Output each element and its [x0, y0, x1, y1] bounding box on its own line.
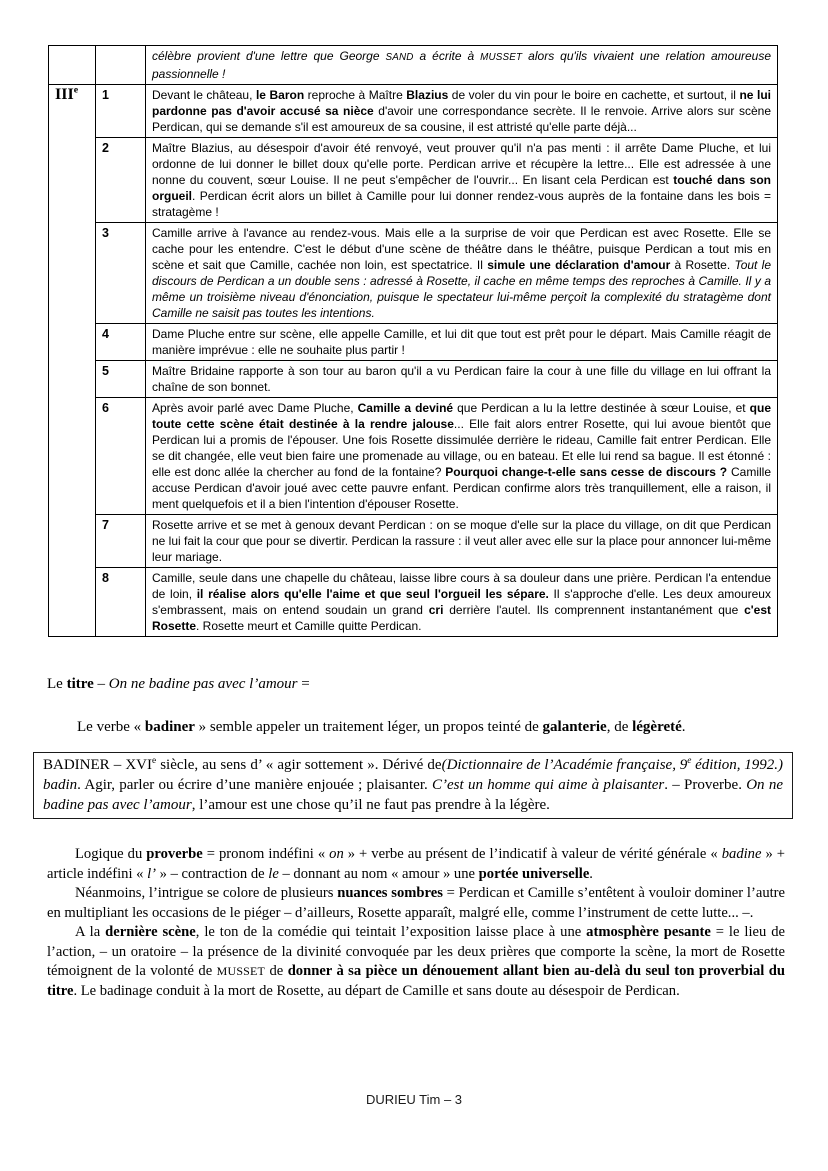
act-label-cell: IIIe [49, 85, 96, 637]
scene-summary-cell: Maître Blazius, au désespoir d'avoir été… [146, 138, 778, 223]
table-row-scene-6: 6Après avoir parlé avec Dame Pluche, Cam… [49, 398, 778, 515]
table-row-scene-2: 2Maître Blazius, au désespoir d'avoir ét… [49, 138, 778, 223]
act-scene-summary-table: célèbre provient d'une lettre que George… [48, 45, 778, 637]
analysis-paragraph-proverbe: Logique du proverbe = pronom indéfini « … [47, 845, 785, 884]
document-page: célèbre provient d'une lettre que George… [0, 0, 828, 1171]
scene-number-cell: 2 [96, 138, 146, 223]
scene-summary-cell: Après avoir parlé avec Dame Pluche, Cami… [146, 398, 778, 515]
scene-summary-cell: célèbre provient d'une lettre que George… [146, 46, 778, 85]
analysis-paragraph-derniere-scene: A la dernière scène, le ton de la comédi… [47, 923, 785, 1001]
scene-number-cell: 5 [96, 361, 146, 398]
title-analysis-line: Le titre – On ne badine pas avec l’amour… [47, 675, 785, 694]
dictionary-citation: (Dictionnaire de l’Académie française, 9… [442, 755, 783, 775]
act-scene-summary-table-body: célèbre provient d'une lettre que George… [49, 46, 778, 637]
table-row-scene-3: 3Camille arrive à l'avance au rendez-vou… [49, 223, 778, 324]
scene-summary-cell: Devant le château, le Baron reproche à M… [146, 85, 778, 138]
scene-number-cell: 3 [96, 223, 146, 324]
scene-summary-cell: Rosette arrive et se met à genoux devant… [146, 515, 778, 568]
scene-number-cell-empty [96, 46, 146, 85]
table-row-scene-8: 8Camille, seule dans une chapelle du châ… [49, 568, 778, 637]
table-row-continuation: célèbre provient d'une lettre que George… [49, 46, 778, 85]
analysis-paragraph-nuances: Néanmoins, l’intrigue se colore de plusi… [47, 884, 785, 923]
scene-number-cell: 1 [96, 85, 146, 138]
act-cell-empty [49, 46, 96, 85]
scene-number-cell: 4 [96, 324, 146, 361]
scene-summary-cell: Dame Pluche entre sur scène, elle appell… [146, 324, 778, 361]
scene-number-cell: 8 [96, 568, 146, 637]
scene-number-cell: 6 [96, 398, 146, 515]
scene-summary-cell: Camille, seule dans une chapelle du chât… [146, 568, 778, 637]
scene-summary-cell: Camille arrive à l'avance au rendez-vous… [146, 223, 778, 324]
page-footer: DURIEU Tim – 3 [0, 1092, 828, 1107]
verb-analysis-line: Le verbe « badiner » semble appeler un t… [77, 718, 785, 737]
scene-summary-cell: Maître Bridaine rapporte à son tour au b… [146, 361, 778, 398]
table-row-scene-1: IIIe1Devant le château, le Baron reproch… [49, 85, 778, 138]
scene-number-cell: 7 [96, 515, 146, 568]
table-row-scene-5: 5Maître Bridaine rapporte à son tour au … [49, 361, 778, 398]
table-row-scene-4: 4Dame Pluche entre sur scène, elle appel… [49, 324, 778, 361]
dictionary-definition-box: (Dictionnaire de l’Académie française, 9… [33, 752, 793, 819]
table-row-scene-7: 7Rosette arrive et se met à genoux devan… [49, 515, 778, 568]
